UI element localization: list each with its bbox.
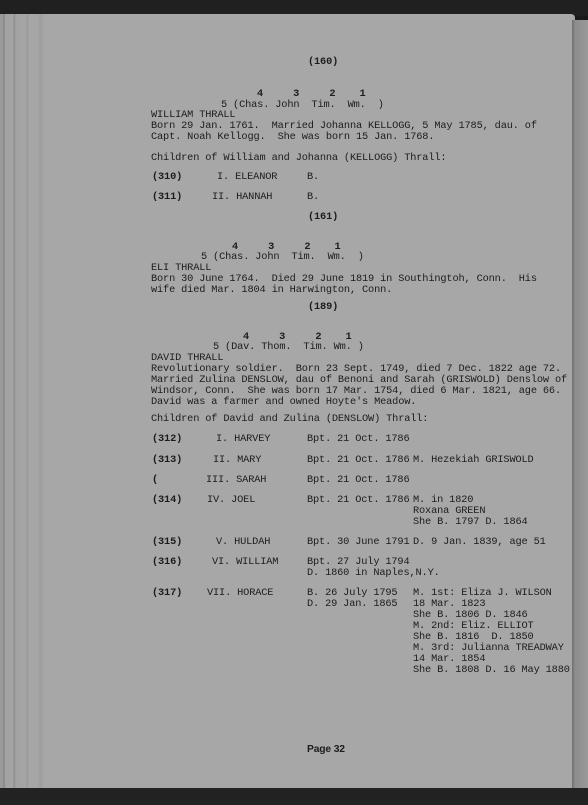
- child-dates: Bpt. 30 June 1791: [307, 537, 410, 549]
- child-name: VII. HORACE: [207, 588, 273, 600]
- child-id: (310): [152, 172, 182, 184]
- child-note: She B. 1808 D. 16 May 1880: [413, 665, 570, 677]
- child-dates: Bpt. 21 Oct. 1786: [307, 495, 410, 507]
- next-page-edge: [572, 20, 588, 788]
- child-id: (311): [152, 192, 182, 204]
- child-id: (312): [152, 434, 182, 446]
- child-id: (316): [152, 557, 182, 569]
- section-ref-160: (160): [308, 57, 338, 69]
- children-heading: Children of David and Zulina (DENSLOW) T…: [151, 414, 428, 426]
- child-dates: Bpt. 21 Oct. 1786: [307, 475, 410, 487]
- child-id: (313): [152, 455, 182, 467]
- bio-line: wife died Mar. 1804 in Harwington, Conn.: [151, 285, 392, 297]
- child-name: II. MARY: [213, 455, 261, 467]
- child-name: V. HULDAH: [216, 537, 270, 549]
- scan-border-bottom: [0, 788, 588, 805]
- page-binding-edge: [0, 14, 52, 788]
- child-note: She B. 1797 D. 1864: [413, 517, 528, 529]
- child-name: I. ELEANOR: [217, 172, 277, 184]
- child-dates: Bpt. 21 Oct. 1786: [307, 434, 410, 446]
- children-heading: Children of William and Johanna (KELLOGG…: [151, 153, 446, 165]
- child-id: (: [152, 475, 158, 487]
- lineage-names: 5 (Chas. John Tim. Wm. ): [221, 100, 384, 112]
- child-note: D. 9 Jan. 1839, age 51: [413, 537, 546, 549]
- child-name: IV. JOEL: [207, 495, 255, 507]
- section-ref-161: (161): [308, 212, 338, 224]
- bio-line: Capt. Noah Kellogg. She was born 15 Jan.…: [151, 132, 434, 144]
- section-ref-189: (189): [308, 302, 338, 314]
- child-name: II. HANNAH: [212, 192, 272, 204]
- child-id: (315): [152, 537, 182, 549]
- child-dates: Bpt. 21 Oct. 1786: [307, 455, 410, 467]
- lineage-names: 5 (Chas. John Tim. Wm. ): [201, 252, 364, 264]
- bio-line: David was a farmer and owned Hoyte's Mea…: [151, 397, 416, 409]
- lineage-names: 5 (Dav. Thom. Tim. Wm. ): [213, 342, 364, 354]
- child-dates: D. 1860 in Naples,N.Y.: [307, 568, 440, 580]
- child-note: M. Hezekiah GRISWOLD: [413, 455, 534, 467]
- child-name: I. HARVEY: [216, 434, 270, 446]
- child-dates: B.: [307, 192, 319, 204]
- child-dates: B.: [307, 172, 319, 184]
- child-id: (317): [152, 588, 182, 600]
- child-name: III. SARAH: [206, 475, 266, 487]
- page-number: Page 32: [307, 744, 345, 756]
- child-id: (314): [152, 495, 182, 507]
- child-name: VI. WILLIAM: [212, 557, 278, 569]
- child-dates: D. 29 Jan. 1865: [307, 599, 397, 611]
